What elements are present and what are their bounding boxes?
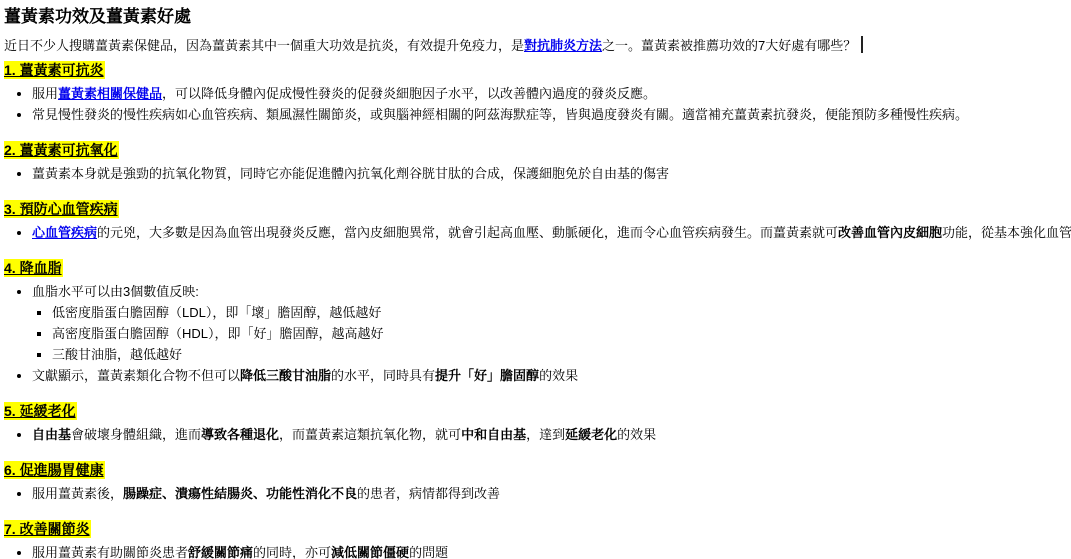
section-heading-text: 7. 改善關節炎 <box>4 520 91 538</box>
bold-text: 自由基 <box>32 427 71 442</box>
section-heading-text: 1. 薑黃素可抗炎 <box>4 61 105 79</box>
bold-text: 降低三酸甘油脂 <box>240 368 331 383</box>
text-cursor <box>861 36 863 53</box>
cvd-link[interactable]: 心血管疾病 <box>32 225 97 240</box>
bold-text: 腸躁症、潰瘍性結腸炎、功能性消化不良 <box>123 486 357 501</box>
page-title: 薑黃素功效及薑黃素好處 <box>4 6 1071 28</box>
bold-text: 改善血管內皮細胞 <box>838 225 942 240</box>
section-heading-text: 2. 薑黃素可抗氧化 <box>4 141 119 159</box>
sub-bullet-list: 低密度脂蛋白膽固醇（LDL），即「壞」膽固醇，越低越好高密度脂蛋白膽固醇（HDL… <box>32 302 1071 365</box>
benefit-section: 2. 薑黃素可抗氧化薑黃素本身就是強勁的抗氧化物質，同時它亦能促進體內抗氧化劑谷… <box>4 141 1071 184</box>
bold-text: 導致各種退化 <box>201 427 279 442</box>
bullet-item: 薑黃素本身就是強勁的抗氧化物質，同時它亦能促進體內抗氧化劑谷胱甘肽的合成，保護細… <box>32 163 1071 184</box>
section-heading: 4. 降血脂 <box>4 259 1071 277</box>
bullet-item: 心血管疾病的元兇，大多數是因為血管出現發炎反應，當內皮細胞異常，就會引起高血壓、… <box>32 222 1071 243</box>
body-text: 三酸甘油脂，越低越好 <box>52 347 182 362</box>
bullet-item: 血脂水平可以由3個數值反映: <box>32 281 1071 302</box>
bold-text: 提升「好」膽固醇 <box>435 368 539 383</box>
body-text: 服用薑黃素有助關節炎患者 <box>32 545 188 559</box>
body-text: 的效果 <box>539 368 578 383</box>
body-text: 服用薑黃素後， <box>32 486 123 501</box>
benefit-section: 4. 降血脂血脂水平可以由3個數值反映:低密度脂蛋白膽固醇（LDL），即「壞」膽… <box>4 259 1071 386</box>
body-text: ，可以降低身體內促成慢性發炎的促發炎細胞因子水平，以改善體內過度的發炎反應。 <box>162 86 656 101</box>
sections-container: 1. 薑黃素可抗炎服用薑黃素相關保健品，可以降低身體內促成慢性發炎的促發炎細胞因… <box>4 61 1071 559</box>
body-text: 會破壞身體組織，進而 <box>71 427 201 442</box>
bold-text: 延緩老化 <box>565 427 617 442</box>
supplement-link[interactable]: 薑黃素相關保健品 <box>58 86 162 101</box>
bullet-item: 自由基會破壞身體組織，進而導致各種退化，而薑黃素這類抗氧化物，就可中和自由基，達… <box>32 424 1071 445</box>
body-text: 服用 <box>32 86 58 101</box>
benefit-section: 3. 預防心血管疾病心血管疾病的元兇，大多數是因為血管出現發炎反應，當內皮細胞異… <box>4 200 1071 243</box>
intro-text-post: 之一。薑黃素被推薦功效的7大好處有哪些？ <box>602 38 856 53</box>
bullet-list: 服用薑黃素相關保健品，可以降低身體內促成慢性發炎的促發炎細胞因子水平，以改善體內… <box>4 83 1071 125</box>
document-body[interactable]: 薑黃素功效及薑黃素好處 近日不少人搜購薑黃素保健品，因為薑黃素其中一個重大功效是… <box>4 6 1071 559</box>
body-text: 高密度脂蛋白膽固醇（HDL），即「好」膽固醇，越高越好 <box>52 326 384 341</box>
body-text: 的患者，病情都得到改善 <box>357 486 500 501</box>
body-text: ，而薑黃素這類抗氧化物，就可 <box>279 427 461 442</box>
bold-text: 減低關節僵硬 <box>331 545 409 559</box>
body-text: 的水平，同時具有 <box>331 368 435 383</box>
body-text: 的效果 <box>617 427 656 442</box>
bullet-item: 服用薑黃素後，腸躁症、潰瘍性結腸炎、功能性消化不良的患者，病情都得到改善 <box>32 483 1071 504</box>
body-text: 的元兇，大多數是因為血管出現發炎反應，當內皮細胞異常，就會引起高血壓、動脈硬化，… <box>97 225 838 240</box>
body-text: 的問題 <box>409 545 448 559</box>
bullet-list: 自由基會破壞身體組織，進而導致各種退化，而薑黃素這類抗氧化物，就可中和自由基，達… <box>4 424 1071 445</box>
bullet-list: 心血管疾病的元兇，大多數是因為血管出現發炎反應，當內皮細胞異常，就會引起高血壓、… <box>4 222 1071 243</box>
body-text: ，達到 <box>526 427 565 442</box>
section-heading: 6. 促進腸胃健康 <box>4 461 1071 479</box>
bullet-list: 服用薑黃素有助關節炎患者舒緩關節痛的同時，亦可減低關節僵硬的問題 <box>4 542 1071 559</box>
sub-bullet-item: 三酸甘油脂，越低越好 <box>52 344 1071 365</box>
sub-bullet-item: 低密度脂蛋白膽固醇（LDL），即「壞」膽固醇，越低越好 <box>52 302 1071 323</box>
section-heading: 1. 薑黃素可抗炎 <box>4 61 1071 79</box>
intro-paragraph: 近日不少人搜購薑黃素保健品，因為薑黃素其中一個重大功效是抗炎，有效提升免疫力，是… <box>4 36 1071 54</box>
bullet-item: 文獻顯示，薑黃素類化合物不但可以降低三酸甘油脂的水平，同時具有提升「好」膽固醇的… <box>32 365 1071 386</box>
section-heading-text: 5. 延緩老化 <box>4 402 77 420</box>
body-text: 低密度脂蛋白膽固醇（LDL），即「壞」膽固醇，越低越好 <box>52 305 381 320</box>
body-text: 常見慢性發炎的慢性疾病如心血管疾病、類風濕性關節炎，或與腦神經相關的阿茲海默症等… <box>32 107 968 122</box>
section-heading-text: 3. 預防心血管疾病 <box>4 200 119 218</box>
section-heading-text: 4. 降血脂 <box>4 259 63 277</box>
bullet-item: 服用薑黃素相關保健品，可以降低身體內促成慢性發炎的促發炎細胞因子水平，以改善體內… <box>32 83 1071 104</box>
bullet-list: 血脂水平可以由3個數值反映:低密度脂蛋白膽固醇（LDL），即「壞」膽固醇，越低越… <box>4 281 1071 386</box>
benefit-section: 6. 促進腸胃健康服用薑黃素後，腸躁症、潰瘍性結腸炎、功能性消化不良的患者，病情… <box>4 461 1071 504</box>
body-text: 的同時，亦可 <box>253 545 331 559</box>
intro-text-pre: 近日不少人搜購薑黃素保健品，因為薑黃素其中一個重大功效是抗炎，有效提升免疫力，是 <box>4 38 524 53</box>
benefit-section: 1. 薑黃素可抗炎服用薑黃素相關保健品，可以降低身體內促成慢性發炎的促發炎細胞因… <box>4 61 1071 125</box>
section-heading-text: 6. 促進腸胃健康 <box>4 461 105 479</box>
section-heading: 3. 預防心血管疾病 <box>4 200 1071 218</box>
sub-bullet-item: 高密度脂蛋白膽固醇（HDL），即「好」膽固醇，越高越好 <box>52 323 1071 344</box>
benefit-section: 5. 延緩老化自由基會破壞身體組織，進而導致各種退化，而薑黃素這類抗氧化物，就可… <box>4 402 1071 445</box>
body-text: 血脂水平可以由3個數值反映: <box>32 284 199 299</box>
bullet-item: 服用薑黃素有助關節炎患者舒緩關節痛的同時，亦可減低關節僵硬的問題 <box>32 542 1071 559</box>
bold-text: 中和自由基 <box>461 427 526 442</box>
pneumonia-link[interactable]: 對抗肺炎方法 <box>524 38 602 53</box>
bullet-list: 服用薑黃素後，腸躁症、潰瘍性結腸炎、功能性消化不良的患者，病情都得到改善 <box>4 483 1071 504</box>
bullet-list: 薑黃素本身就是強勁的抗氧化物質，同時它亦能促進體內抗氧化劑谷胱甘肽的合成，保護細… <box>4 163 1071 184</box>
section-heading: 7. 改善關節炎 <box>4 520 1071 538</box>
section-heading: 2. 薑黃素可抗氧化 <box>4 141 1071 159</box>
bold-text: 舒緩關節痛 <box>188 545 253 559</box>
benefit-section: 7. 改善關節炎服用薑黃素有助關節炎患者舒緩關節痛的同時，亦可減低關節僵硬的問題 <box>4 520 1071 559</box>
bullet-item: 常見慢性發炎的慢性疾病如心血管疾病、類風濕性關節炎，或與腦神經相關的阿茲海默症等… <box>32 104 1071 125</box>
body-text: 功能，從基本強化血管 <box>942 225 1071 240</box>
body-text: 文獻顯示，薑黃素類化合物不但可以 <box>32 368 240 383</box>
body-text: 薑黃素本身就是強勁的抗氧化物質，同時它亦能促進體內抗氧化劑谷胱甘肽的合成，保護細… <box>32 166 669 181</box>
section-heading: 5. 延緩老化 <box>4 402 1071 420</box>
